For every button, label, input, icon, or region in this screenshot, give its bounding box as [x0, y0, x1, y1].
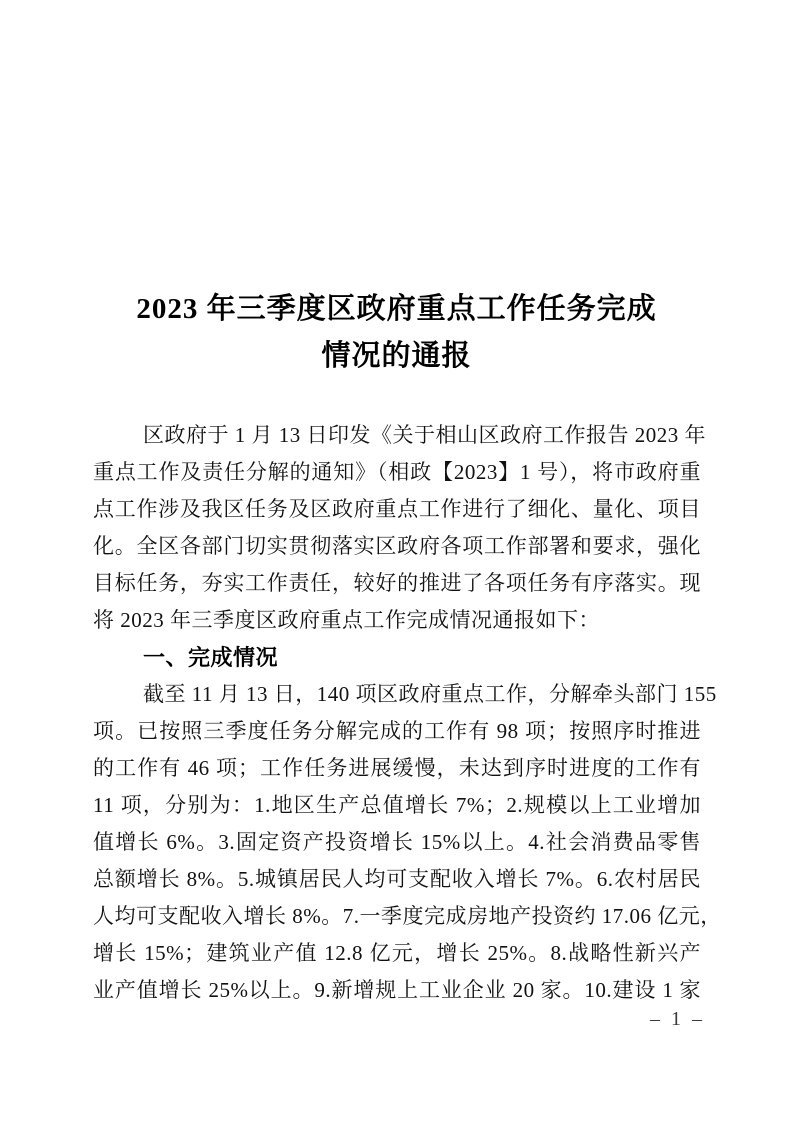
body-line: 重点工作及责任分解的通知》（相政【2023】1 号），将市政府重 [93, 454, 701, 491]
section-heading: 一、完成情况 [93, 639, 701, 676]
body-line: 截至 11 月 13 日，140 项区政府重点工作，分解牵头部门 155 [93, 676, 701, 713]
body-line: 值增长 6%。3.固定资产投资增长 15%以上。4.社会消费品零售 [93, 824, 701, 861]
intro-paragraph: 区政府于 1 月 13 日印发《关于相山区政府工作报告 2023 年 重点工作及… [93, 417, 701, 639]
body-line: 化。全区各部门切实贯彻落实区政府各项工作部署和要求，强化 [93, 528, 701, 565]
body-line: 将 2023 年三季度区政府重点工作完成情况通报如下： [93, 602, 701, 639]
document-page: 2023 年三季度区政府重点工作任务完成 情况的通报 区政府于 1 月 13 日… [0, 0, 793, 1122]
body-line: 区政府于 1 月 13 日印发《关于相山区政府工作报告 2023 年 [93, 417, 701, 454]
body-line: 增长 15%；建筑业产值 12.8 亿元，增长 25%。8.战略性新兴产 [93, 935, 701, 972]
page-number: – 1 – [650, 1006, 705, 1032]
title-line-2: 情况的通报 [0, 333, 793, 380]
body-line: 项。已按照三季度任务分解完成的工作有 98 项；按照序时推进 [93, 713, 701, 750]
body-line: 目标任务，夯实工作责任，较好的推进了各项任务有序落实。现 [93, 565, 701, 602]
body-line: 人均可支配收入增长 8%。7.一季度完成房地产投资约 17.06 亿元， [93, 898, 701, 935]
body-line: 业产值增长 25%以上。9.新增规上工业企业 20 家。10.建设 1 家 [93, 972, 701, 1009]
body-line: 的工作有 46 项；工作任务进展缓慢，未达到序时进度的工作有 [93, 750, 701, 787]
document-title: 2023 年三季度区政府重点工作任务完成 情况的通报 [0, 286, 793, 380]
completion-paragraph: 截至 11 月 13 日，140 项区政府重点工作，分解牵头部门 155 项。已… [93, 676, 701, 1009]
title-line-1: 2023 年三季度区政府重点工作任务完成 [0, 286, 793, 333]
body-line: 总额增长 8%。5.城镇居民人均可支配收入增长 7%。6.农村居民 [93, 861, 701, 898]
document-body: 区政府于 1 月 13 日印发《关于相山区政府工作报告 2023 年 重点工作及… [93, 417, 701, 1009]
body-line: 11 项，分别为：1.地区生产总值增长 7%；2.规模以上工业增加 [93, 787, 701, 824]
body-line: 点工作涉及我区任务及区政府重点工作进行了细化、量化、项目 [93, 491, 701, 528]
